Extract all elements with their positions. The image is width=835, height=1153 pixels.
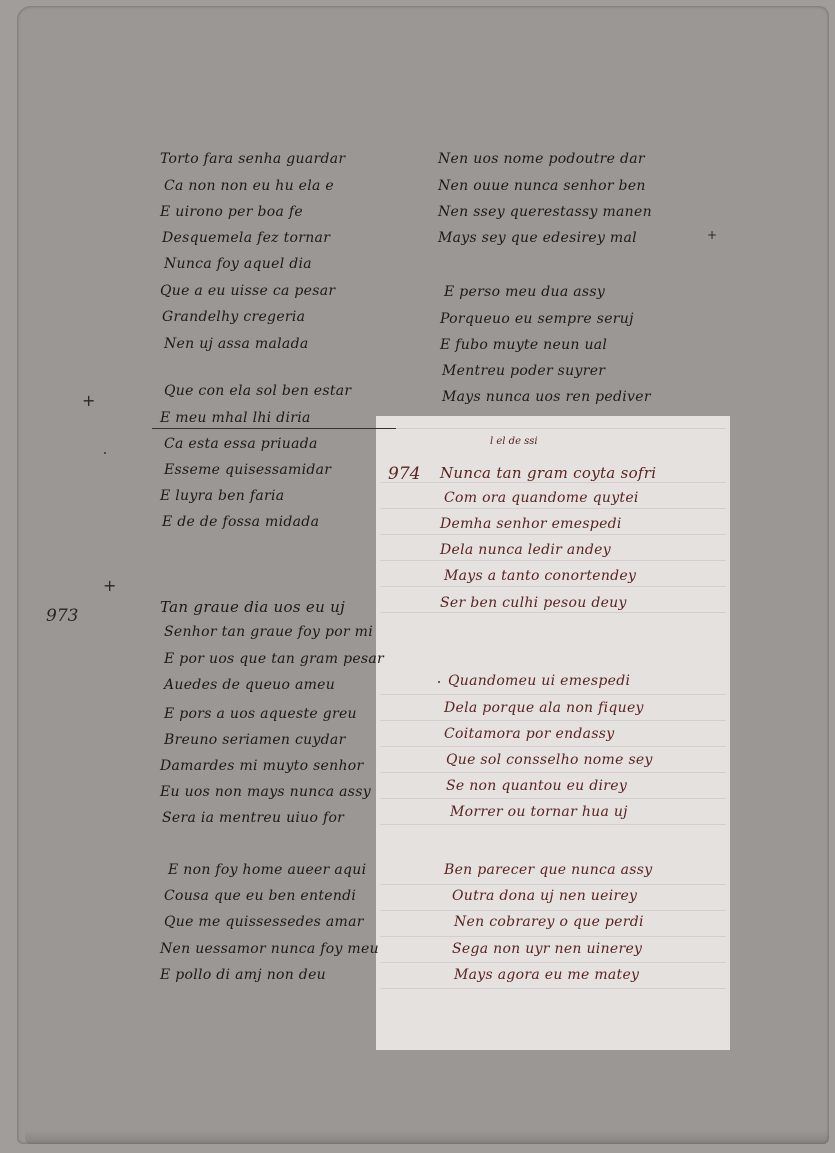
verse-line: Ben parecer que nunca assy [444, 862, 652, 878]
verse-line: Que a eu uisse ca pesar [160, 283, 335, 299]
verse-line: Quandomeu ui emespedi [448, 673, 630, 689]
verse-line: Sega non uyr nen uinerey [452, 941, 642, 957]
verse-line: Nunca foy aquel dia [164, 256, 312, 272]
underline-rule [152, 428, 396, 429]
verse-line: Mays nunca uos ren pediver [442, 389, 651, 405]
verse-line: Ca esta essa priuada [164, 436, 318, 452]
verse-line: Dela nunca ledir andey [440, 542, 611, 558]
ruling-line [380, 746, 726, 747]
cross-mark: + [707, 227, 717, 243]
verse-line: Que me quissessedes amar [164, 914, 364, 930]
verse-line: Mays sey que edesirey mal [438, 230, 637, 246]
cross-mark: + [103, 578, 116, 594]
verse-line: Outra dona uj nen ueirey [452, 888, 637, 904]
ruling-line [380, 482, 726, 483]
ruling-line [380, 910, 726, 911]
ruling-line [380, 694, 726, 695]
verse-line: Grandelhy cregeria [162, 309, 305, 325]
ruling-line [380, 988, 726, 989]
verse-line: Nen cobrarey o que perdi [454, 914, 644, 930]
verse-line: E de de fossa midada [162, 514, 319, 530]
verse-line: Auedes de queuo ameu [164, 677, 335, 693]
verse-line: E non foy home aueer aqui [168, 862, 366, 878]
verse-line: E meu mhal lhi diria [160, 410, 311, 426]
ruling-line [380, 962, 726, 963]
verse-line: Porqueuo eu sempre seruj [440, 311, 634, 327]
verse-line: Desquemela fez tornar [162, 230, 330, 246]
ruling-line [380, 720, 726, 721]
verse-line: Ca non non eu hu ela e [164, 178, 334, 194]
rubric-note: l el de ssi [490, 436, 538, 447]
ruling-line [380, 884, 726, 885]
verse-line: Sera ia mentreu uiuo for [162, 810, 344, 826]
verse-line: E fubo muyte neun ual [440, 337, 607, 353]
verse-line: Cousa que eu ben entendi [164, 888, 356, 904]
verse-line: Mentreu poder suyrer [442, 363, 605, 379]
ruling-line [380, 612, 726, 613]
verse-line: Nen uessamor nunca foy meu [160, 941, 379, 957]
verse-line: Torto fara senha guardar [160, 151, 345, 167]
verse-line: Com ora quandome quytei [444, 490, 639, 506]
poem-number-974: 974 [388, 464, 420, 484]
verse-line: Eu uos non mays nunca assy [160, 784, 371, 800]
verse-line: Mays agora eu me matey [454, 967, 639, 983]
ruling-line [380, 824, 726, 825]
verse-line: Que sol consselho nome sey [446, 752, 653, 768]
verse-line: E uirono per boa fe [160, 204, 303, 220]
ink-dot [438, 681, 440, 683]
verse-line: Se non quantou eu direy [446, 778, 627, 794]
ink-dot [104, 452, 106, 454]
verse-line: Breuno seriamen cuydar [164, 732, 346, 748]
ruling-line [380, 534, 726, 535]
ruling-line [380, 936, 726, 937]
ruling-line [380, 772, 726, 773]
ruling-line [380, 428, 726, 429]
verse-line: E pors a uos aqueste greu [164, 706, 357, 722]
verse-line: Mays a tanto conortendey [444, 568, 636, 584]
verse-line: Senhor tan graue foy por mi [164, 624, 373, 640]
verse-line: E pollo di amj non deu [160, 967, 326, 983]
ruling-line [380, 508, 726, 509]
verse-line: Damardes mi muyto senhor [160, 758, 364, 774]
verse-line: Esseme quisessamidar [164, 462, 331, 478]
verse-line-initial: Tan graue dia uos eu uj [160, 598, 345, 616]
verse-line: E luyra ben faria [160, 488, 284, 504]
verse-line: E por uos que tan gram pesar [164, 651, 384, 667]
poem-number-973: 973 [46, 606, 78, 626]
verse-line: Coitamora por endassy [444, 726, 615, 742]
verse-line: Ser ben culhi pesou deuy [440, 595, 627, 611]
verse-line: Nen ssey querestassy manen [438, 204, 652, 220]
verse-line: Nen uos nome podoutre dar [438, 151, 645, 167]
verse-line: Dela porque ala non fiquey [444, 700, 644, 716]
verse-line-initial: Nunca tan gram coyta sofri [440, 464, 656, 482]
verse-line: Nen uj assa malada [164, 336, 308, 352]
verse-line: E perso meu dua assy [444, 284, 605, 300]
ruling-line [380, 560, 726, 561]
verse-line: Morrer ou tornar hua uj [450, 804, 628, 820]
ruling-line [380, 798, 726, 799]
verse-line: Nen ouue nunca senhor ben [438, 178, 646, 194]
ruling-line [380, 586, 726, 587]
page-edge-shadow [25, 1130, 829, 1144]
verse-line: Que con ela sol ben estar [164, 383, 351, 399]
verse-line: Demha senhor emespedi [440, 516, 622, 532]
cross-mark: + [82, 393, 95, 409]
